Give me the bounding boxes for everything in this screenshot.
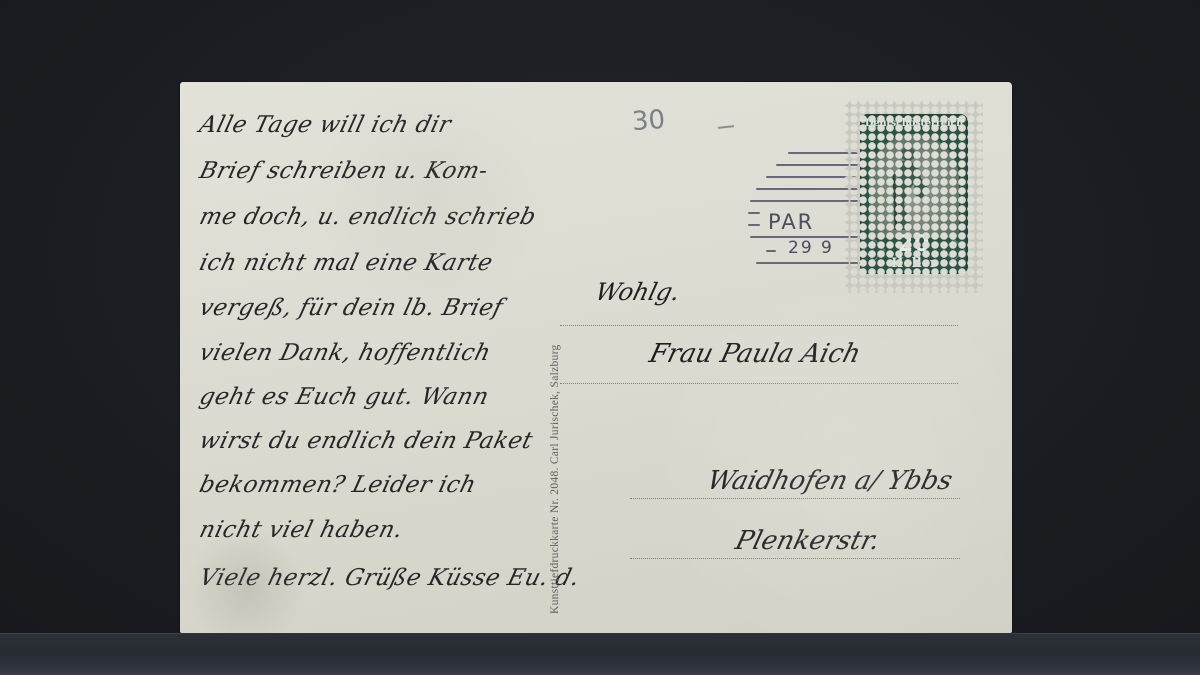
address-street: Plenkerstr. bbox=[732, 526, 883, 556]
message-line: vergeß, für dein lb. Brief bbox=[197, 295, 506, 321]
stamp-design: Deutschösterreich 20 Heller bbox=[860, 114, 968, 274]
display-frame-ledge bbox=[0, 633, 1200, 675]
address-salutation: Wohlg. bbox=[593, 278, 684, 306]
message-line: wirst du endlich dein Paket bbox=[197, 428, 536, 454]
stamp-value: 20 bbox=[860, 232, 968, 257]
pencil-price-note: 30 bbox=[631, 105, 666, 137]
message-line: bekommen? Leider ich bbox=[197, 472, 479, 498]
postcard: Alle Tage will ich dir Brief schreiben u… bbox=[180, 82, 1012, 633]
message-line: Viele herzl. Grüße Küsse Eu. d. bbox=[197, 565, 583, 591]
stamp-unit: Heller bbox=[860, 256, 968, 271]
allegorical-figure-icon bbox=[890, 144, 934, 232]
message-line: nicht viel haben. bbox=[197, 517, 406, 543]
postage-stamp: Deutschösterreich 20 Heller bbox=[845, 101, 983, 293]
postmark-city: PAR bbox=[768, 210, 814, 234]
postmark-date: 29 9 bbox=[788, 238, 834, 258]
stamp-country: Deutschösterreich bbox=[860, 118, 968, 129]
address-line-1 bbox=[560, 325, 958, 326]
message-line: me doch, u. endlich schrieb bbox=[197, 204, 539, 230]
address-line-4 bbox=[630, 558, 960, 559]
pencil-dash bbox=[718, 125, 734, 129]
address-line-2 bbox=[560, 383, 958, 384]
address-line-3 bbox=[630, 498, 960, 499]
message-line: Brief schreiben u. Kom- bbox=[197, 158, 491, 184]
message-line: ich nicht mal eine Karte bbox=[197, 250, 496, 276]
message-line: Alle Tage will ich dir bbox=[197, 112, 454, 138]
publisher-imprint: Kunsttiefdruckkarte Nr. 2048. Carl Juris… bbox=[549, 182, 563, 614]
address-city: Waidhofen a/ Ybbs bbox=[704, 466, 955, 496]
address-recipient: Frau Paula Aich bbox=[646, 339, 864, 369]
message-line: geht es Euch gut. Wann bbox=[197, 384, 492, 410]
message-line: vielen Dank, hoffentlich bbox=[197, 340, 494, 366]
